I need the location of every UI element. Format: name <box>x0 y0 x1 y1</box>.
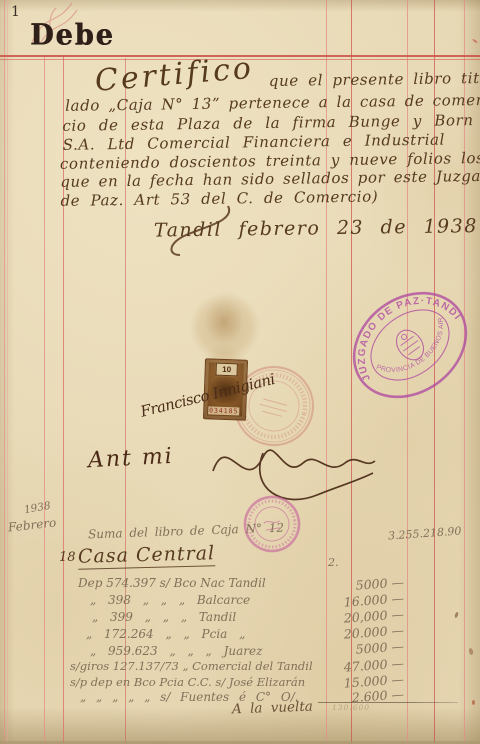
ruling-vline-margin-inner <box>7 0 8 744</box>
ledger-row-desc: s/p dep en Bco Pcia C.C. s/ José Elizará… <box>70 675 305 689</box>
certificate-text: Certifico que el presente libro titu- la… <box>57 55 478 271</box>
ledger-section-title: Casa Central <box>78 542 216 570</box>
margin-month: Febrero <box>7 516 56 535</box>
attestation-signature-prefix: Ant mi <box>87 444 174 473</box>
certificate-line1: que el presente libro titu- <box>269 69 480 90</box>
ruling-vline-margin-outer <box>4 0 5 744</box>
ink-fleck <box>472 700 475 705</box>
page-number: 1 <box>11 4 20 20</box>
carry-forward-amount: 3.255.218.90 <box>388 524 462 542</box>
ink-fleck <box>454 612 459 619</box>
ledger-row-desc: s/giros 127.137/73 „ Comercial del Tandi… <box>70 659 313 673</box>
certificate-lead-word: Certifico <box>94 51 256 99</box>
carried-over-footer: A la vuelta <box>232 699 313 718</box>
svg-text:PROVINCIA DE BUENOS AIRES: PROVINCIA DE BUENOS AIRES <box>324 270 459 403</box>
ledger-row-desc: „ 172.264 „ „ Pcia „ <box>86 627 245 641</box>
fiscal-stamp-serial: 034185 <box>208 406 239 415</box>
ledger-row-desc: „ 959.623 „ „ „ Juarez <box>90 644 262 658</box>
ledger-row-desc: „ 398 „ „ „ Balcarce <box>90 593 250 607</box>
subtotal-faint: 130.600 <box>332 703 370 712</box>
ruling-vline-date-left <box>44 56 45 744</box>
ledger-page: 1 Debe Certifico que el presente libro t… <box>0 0 480 744</box>
folio-reference: 2. <box>328 556 339 569</box>
pen-flourish <box>148 203 243 261</box>
margin-year: 1938 <box>23 500 51 516</box>
red-edge-mark <box>472 38 478 43</box>
stamp-arc-bottom-text: PROVINCIA DE BUENOS AIRES <box>324 270 459 403</box>
ink-fleck <box>468 648 474 656</box>
ledger-row-desc: „ 399 „ „ „ Tandil <box>92 610 236 624</box>
debit-header-label: Debe <box>30 19 115 52</box>
judicial-oval-stamp: JUZGADO DE PAZ·TANDIL PROVINCIA DE BUENO… <box>324 262 480 429</box>
fiscal-stamp-value: 10 <box>215 363 237 377</box>
ledger-row-desc: Dep 574.397 s/ Bco Nac Tandil <box>78 576 266 590</box>
margin-day: 18 <box>59 550 76 565</box>
